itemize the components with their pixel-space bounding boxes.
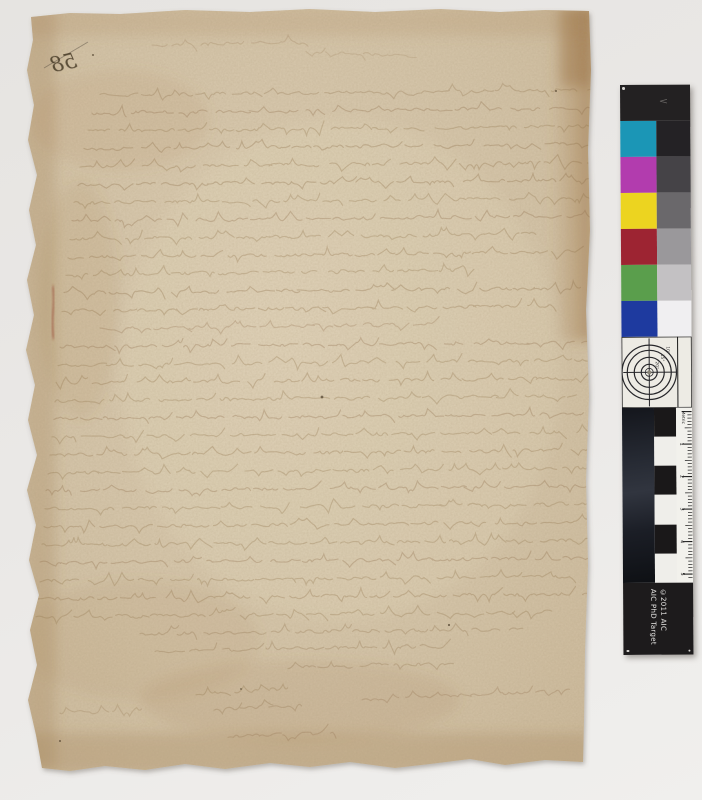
- target-header: <: [620, 85, 690, 121]
- target-patch-row: [621, 265, 691, 301]
- gray-patch: [657, 193, 691, 229]
- paper-grain: [20, 0, 600, 790]
- color-patch: [621, 265, 657, 301]
- scan-background: 58: [0, 0, 702, 800]
- target-footer-line1: AIC PhD Target: [648, 589, 658, 645]
- checker-square: [654, 466, 676, 495]
- checkerboard-strip: [654, 408, 677, 583]
- archival-photo: 58 < 10°15°20°: [0, 0, 702, 800]
- color-patch-rows: [620, 121, 691, 337]
- gray-patch: [657, 301, 691, 337]
- target-footer-line2: ©2011 AIC: [658, 589, 668, 632]
- checker-square: [655, 553, 677, 582]
- checker-square: [655, 524, 677, 553]
- ruler-label: Metric: [680, 411, 686, 425]
- ruler-number: 5: [679, 573, 685, 576]
- color-patch: [621, 193, 657, 229]
- ruler-strip: 12345Metric: [676, 408, 693, 583]
- checker-square: [654, 437, 676, 466]
- target-footer: AIC PhD Target ©2011 AIC: [623, 583, 693, 655]
- color-patch: [621, 229, 657, 265]
- bullseye-label: 15°: [659, 354, 665, 362]
- checker-square: [655, 495, 677, 524]
- color-patch: [620, 121, 656, 157]
- gray-patch: [656, 157, 690, 193]
- bullseye-graphic: 10°15°20°: [622, 337, 692, 408]
- color-calibration-target: < 10°15°20° 12345Metric: [620, 85, 693, 655]
- ruler-number: 1: [678, 443, 684, 446]
- registration-dot: [688, 649, 691, 652]
- scratch-mark: <: [659, 97, 668, 106]
- ruler-number: 4: [679, 540, 685, 543]
- bullseye-label: 10°: [665, 346, 671, 354]
- target-patch-row: [621, 229, 691, 265]
- target-patch-row: [621, 301, 691, 337]
- gray-patch: [657, 229, 691, 265]
- registration-dot: [622, 87, 625, 90]
- ruler-number: 3: [679, 508, 685, 511]
- paper-stains: [20, 0, 600, 790]
- ruler-number: 2: [678, 475, 684, 478]
- color-patch: [621, 301, 657, 337]
- registration-dot: [626, 649, 629, 652]
- gray-patch: [656, 121, 690, 157]
- bullseye-panel: 10°15°20°: [622, 337, 692, 408]
- target-patch-row: [621, 193, 691, 229]
- color-patch: [620, 157, 656, 193]
- target-patch-row: [620, 157, 690, 193]
- bullseye-label: 20°: [654, 361, 660, 369]
- target-patch-row: [620, 121, 690, 157]
- glossy-strip: [622, 408, 655, 583]
- gray-patch: [657, 265, 691, 301]
- ruler-panel: 12345Metric: [622, 408, 693, 583]
- checker-square: [654, 408, 676, 437]
